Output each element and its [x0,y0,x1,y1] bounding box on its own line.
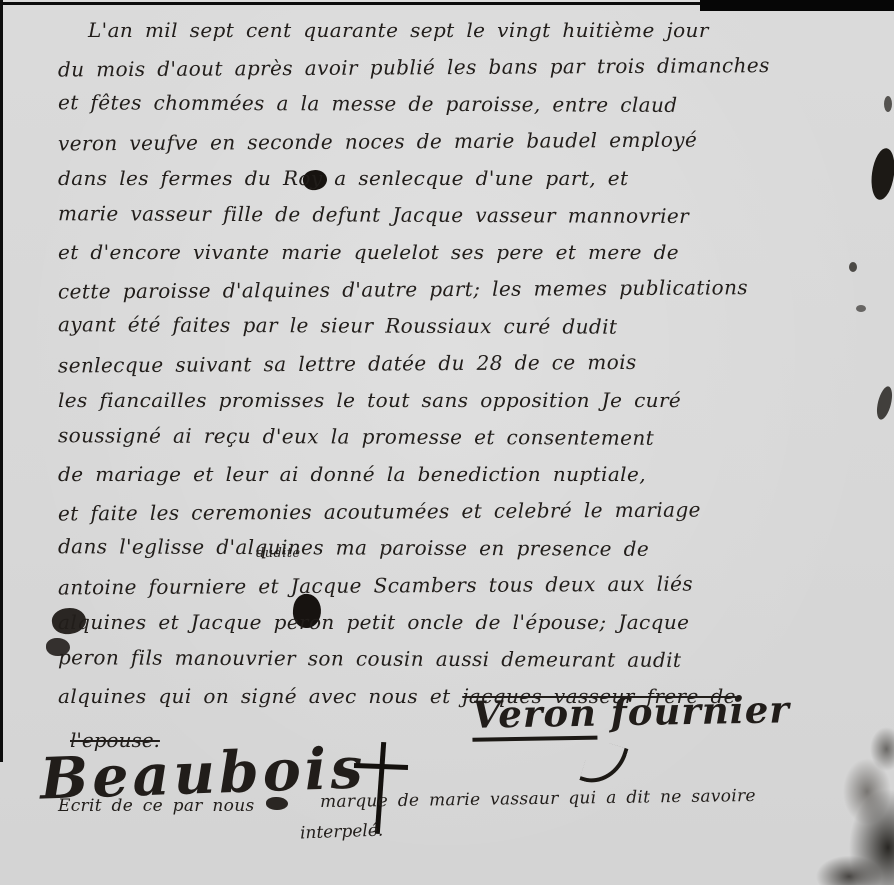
manuscript-line: dans l'eglisse d'alquines ma paroisse en… [58,528,864,569]
manuscript-line: veron veufve en seconde noces de marie b… [58,121,864,163]
closing-text: alquines qui on signé avec nous et [58,684,462,708]
page-corner-shadow [744,715,894,885]
manuscript-line: de mariage et leur ai donné la benedicti… [58,456,864,493]
manuscript-line: alquines et Jacque peron petit oncle de … [58,604,864,641]
footer-interpele: interpelé. [300,821,384,844]
manuscript-line: antoine fourniere et Jacque Scambers tou… [58,565,864,607]
manuscript-line: dans les fermes du Roy a senlecque d'une… [58,160,864,197]
footer-written-by: Ecrit de ce par nous [58,796,254,816]
document-scan: L'an mil sept cent quarante sept le ving… [0,0,894,885]
scan-left-edge [0,0,3,762]
signature-veron: Veron [472,691,598,742]
manuscript-line: et faite les ceremonies acoutumées et ce… [58,491,864,533]
manuscript-line: et d'encore vivante marie quelelot ses p… [58,234,864,271]
ink-bleed-mark [868,147,894,202]
manuscript-line: peron fils manouvrier son cousin aussi d… [58,639,864,680]
manuscript-line: senlecque suivant sa lettre datée du 28 … [58,343,864,385]
manuscript-line: marie vasseur fille de defunt Jacque vas… [58,195,864,236]
signature-fournier: fournier [610,687,790,734]
manuscript-line: les fiancailles promisses le tout sans o… [58,382,864,419]
manuscript-line: et fêtes chommées a la messe de paroisse… [58,84,864,125]
manuscript-line: du mois d'aout après avoir publié les ba… [58,47,864,89]
manuscript-line: cette paroisse d'alquines d'autre part; … [58,269,864,311]
manuscript-line: ayant été faites par le sieur Roussiaux … [58,306,864,347]
scan-top-right-bar [700,0,894,11]
interlinear-insertion: dudite [256,546,301,561]
signature-veron-fournier: Veron fournier [472,687,791,737]
ink-bleed-mark [884,96,892,112]
manuscript-line: soussigné ai reçu d'eux la promesse et c… [58,417,864,458]
manuscript-text-block: L'an mil sept cent quarante sept le ving… [58,12,864,715]
manuscript-line: L'an mil sept cent quarante sept le ving… [58,12,864,49]
signature-flourish [579,738,628,791]
footer-note: Ecrit de ce par nous marque de marie vas… [58,796,756,816]
ink-bleed-mark [874,385,894,421]
